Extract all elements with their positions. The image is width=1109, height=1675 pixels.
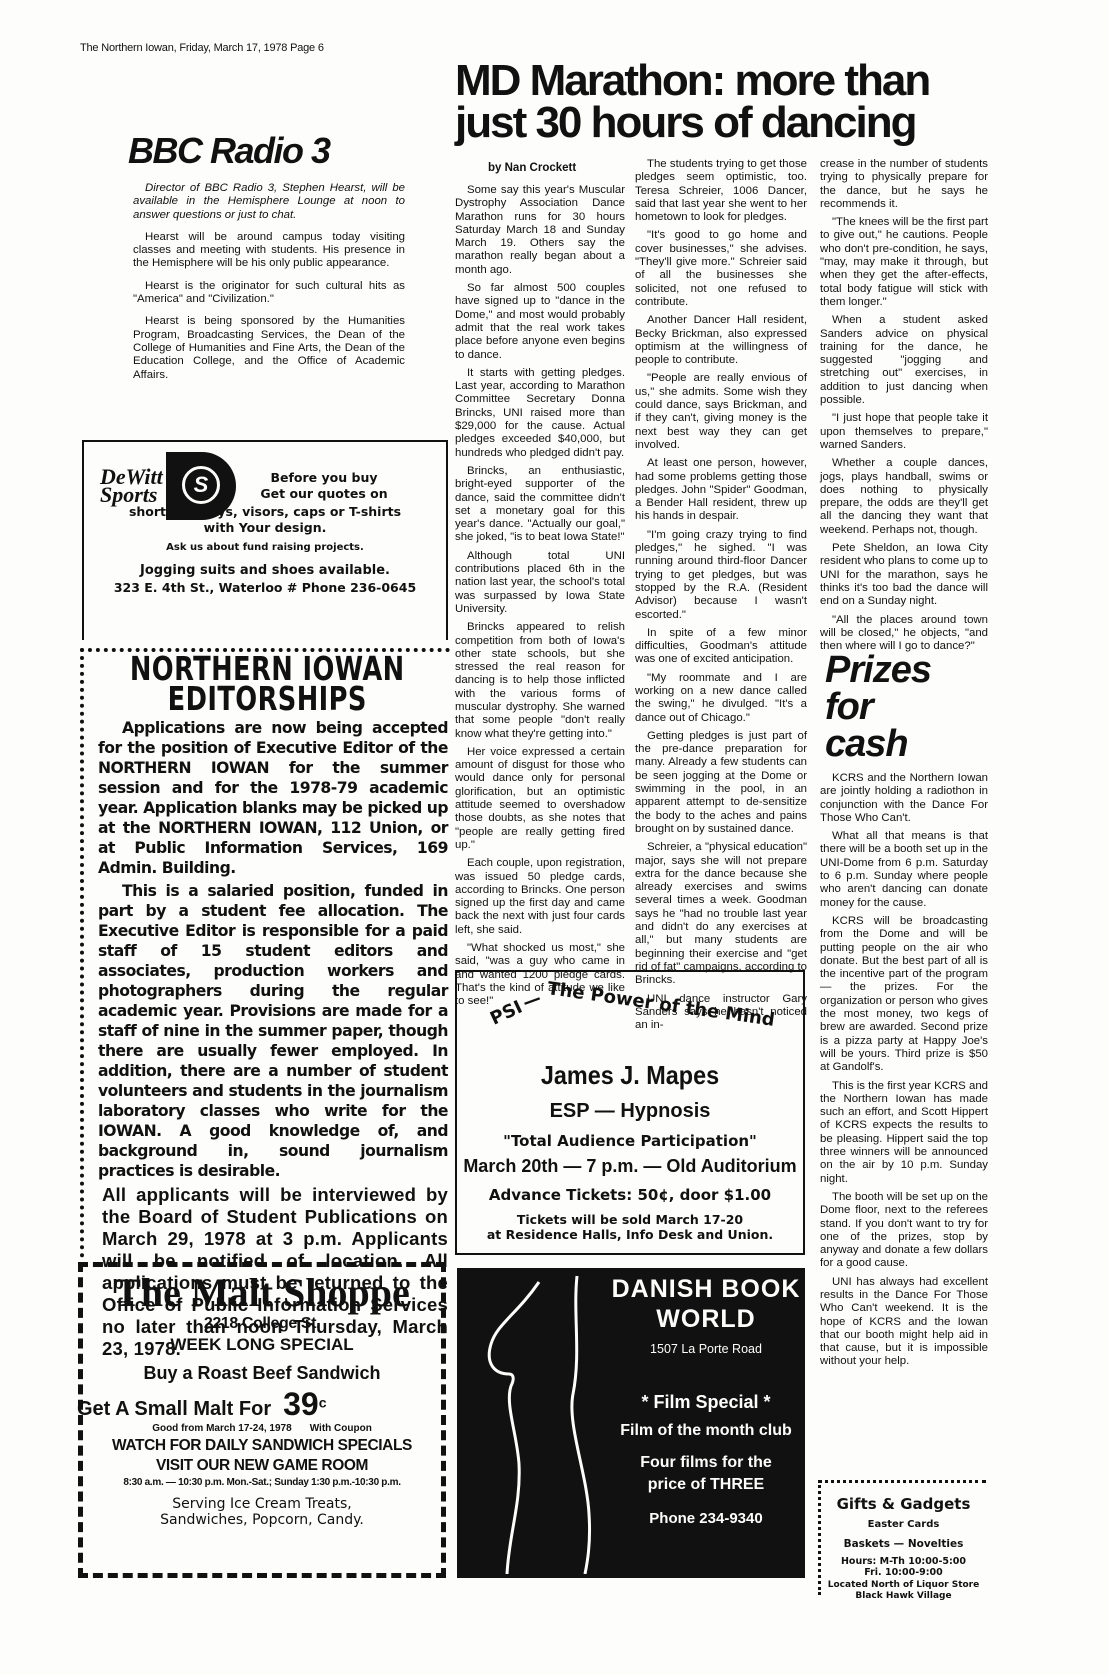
editorships-ad: NORTHERN IOWAN EDITORSHIPS Applications …	[80, 648, 450, 1258]
danish-phone: Phone 234-9340	[607, 1510, 805, 1527]
psi-performer: James J. Mapes	[474, 1060, 785, 1091]
prizes-paragraph: UNI has always had excellent results in …	[820, 1276, 988, 1369]
gifts-location: Located North of Liquor Store Black Hawk…	[821, 1580, 986, 1602]
article-paragraph: Brincks appeared to relish competition f…	[455, 621, 625, 741]
danish-title: DANISH BOOK WORLD	[607, 1274, 805, 1334]
article-paragraph: Another Dancer Hall resident, Becky Bric…	[635, 314, 807, 367]
article-paragraph: Whether a couple dances, jogs, plays han…	[820, 457, 988, 537]
article-paragraph: So far almost 500 couples have signed up…	[455, 282, 625, 362]
dewitt-line: Jogging suits and shoes available.	[84, 562, 446, 580]
byline: by Nan Crockett	[488, 162, 576, 174]
danish-club: Film of the month club	[607, 1422, 805, 1440]
dewitt-line: Get our quotes on	[204, 486, 444, 501]
malt-offer: Get A Small Malt For39c	[77, 1386, 441, 1423]
prizes-paragraph: The booth will be set up on the Dome flo…	[820, 1191, 988, 1271]
dewitt-line: Before you buy	[204, 470, 444, 486]
article-paragraph: "I'm going crazy trying to find pledges,…	[635, 529, 807, 622]
prizes-headline: Prizes for cash	[825, 652, 931, 763]
article-column-1: Some say this year's Muscular Dystrophy …	[455, 184, 625, 1014]
dewitt-sports-ad: S DeWitt Sports Before you buy Get our q…	[82, 440, 448, 640]
title-line-2: EDITORSHIPS	[84, 684, 449, 714]
psi-word: PSI	[487, 997, 526, 1030]
location-line-1: Located North of Liquor Store	[828, 1580, 979, 1590]
dewitt-logo-text: DeWitt Sports	[100, 468, 163, 504]
psi-sold: Tickets will be sold March 17-20 at Resi…	[457, 1212, 803, 1242]
malt-shoppe-ad: The Malt Shoppe 2218 College St. WEEK LO…	[78, 1262, 446, 1578]
gifts-line: Baskets — Novelties	[821, 1538, 986, 1550]
prizes-title-line: for	[825, 689, 931, 726]
editorships-body: Applications are now being accepted for …	[84, 714, 450, 1181]
article-paragraph: Pete Sheldon, an Iowa City resident who …	[820, 542, 988, 608]
psi-date: March 20th — 7 p.m. — Old Auditorium	[457, 1156, 803, 1177]
danish-address: 1507 La Porte Road	[607, 1342, 805, 1356]
prizes-paragraph: KCRS and the Northern Iowan are jointly …	[820, 772, 988, 825]
danish-film-special: * Film Special *	[607, 1392, 805, 1413]
serving-line-2: Sandwiches, Popcorn, Candy.	[83, 1512, 441, 1528]
location-line-2: Black Hawk Village	[855, 1591, 951, 1601]
dewitt-address: 323 E. 4th St., Waterloo # Phone 236-064…	[84, 580, 446, 595]
serving-line-1: Serving Ice Cream Treats,	[83, 1496, 441, 1512]
prizes-paragraph: This is the first year KCRS and the Nort…	[820, 1080, 988, 1186]
prizes-title-line: cash	[825, 726, 931, 763]
article-column-2: The students trying to get those pledges…	[635, 158, 807, 1037]
headline-line-1: MD Marathon: more than	[455, 60, 929, 102]
valid-dates: Good from March 17-24, 1978	[152, 1423, 292, 1434]
psi-arc-heading: PSI — The Power of the Mind	[457, 990, 803, 1011]
bbc-paragraph: Hearst will be around campus today visit…	[133, 231, 405, 271]
page-folio: The Northern Iowan, Friday, March 17, 19…	[80, 42, 324, 54]
prizes-title-line: Prizes	[825, 652, 931, 689]
malt-offer-text: Get A Small Malt For	[77, 1398, 271, 1420]
gifts-hours: Hours: M-Th 10:00-5:00 Fri. 10:00-9:00	[821, 1556, 986, 1578]
article-paragraph: Getting pledges is just part of the pre-…	[635, 730, 807, 836]
gifts-line: Easter Cards	[821, 1519, 986, 1530]
psi-tickets: Advance Tickets: 50¢, door $1.00	[457, 1186, 803, 1204]
bbc-headline: BBC Radio 3	[128, 130, 330, 172]
bbc-article: Director of BBC Radio 3, Stephen Hearst,…	[133, 182, 405, 391]
article-paragraph: Although total UNI contributions placed …	[455, 550, 625, 616]
article-paragraph: "It's good to go home and cover business…	[635, 229, 807, 309]
offer-line-1: Four films for the	[640, 1454, 772, 1471]
malt-price: 39	[283, 1386, 319, 1422]
article-paragraph: When a student asked Sanders advice on p…	[820, 314, 988, 407]
prizes-paragraph: What all that means is that there will b…	[820, 830, 988, 910]
article-paragraph: crease in the number of students trying …	[820, 158, 988, 211]
dewitt-line: shorts, jerseys, visors, caps or T-shirt…	[84, 504, 446, 520]
danish-book-world-ad: DANISH BOOK WORLD 1507 La Porte Road * F…	[457, 1268, 805, 1578]
danish-offer: Four films for the price of THREE	[607, 1452, 805, 1496]
article-paragraph: It starts with getting pledges. Last yea…	[455, 367, 625, 460]
dewitt-line: Ask us about fund raising projects.	[84, 542, 446, 553]
malt-buy: Buy a Roast Beef Sandwich	[83, 1363, 441, 1384]
article-headline: MD Marathon: more than just 30 hours of …	[455, 60, 929, 144]
article-paragraph: "People are really envious of us," she a…	[635, 372, 807, 452]
psi-arc-text: The Power of the Mind	[546, 978, 776, 1031]
article-paragraph: Each couple, upon registration, was issu…	[455, 857, 625, 937]
bbc-paragraph: Hearst is the originator for such cultur…	[133, 280, 405, 307]
prizes-paragraph: KCRS will be broadcasting from the Dome …	[820, 915, 988, 1075]
article-paragraph: In spite of a few minor difficulties, Go…	[635, 627, 807, 667]
malt-hours: 8:30 a.m. — 10:30 p.m. Mon.-Sat.; Sunday…	[83, 1477, 441, 1488]
prizes-article: KCRS and the Northern Iowan are jointly …	[820, 772, 988, 1374]
psi-dash: —	[520, 988, 544, 1014]
article-paragraph: Her voice expressed a certain amount of …	[455, 746, 625, 852]
editorships-title: NORTHERN IOWAN EDITORSHIPS	[84, 654, 449, 714]
editorships-paragraph: This is a salaried position, funded in p…	[98, 881, 448, 1181]
silhouette-icon	[477, 1274, 597, 1574]
article-paragraph: "I just hope that people take it upon th…	[820, 412, 988, 452]
coupon-note: With Coupon	[310, 1423, 372, 1434]
article-paragraph: "My roommate and I are working on a new …	[635, 672, 807, 725]
malt-watch: WATCH FOR DAILY SANDWICH SPECIALS	[83, 1438, 441, 1454]
article-paragraph: "The knees will be the first part to giv…	[820, 216, 988, 309]
headline-line-2: just 30 hours of dancing	[455, 102, 929, 144]
gifts-gadgets-ad: Gifts & Gadgets Easter Cards Baskets — N…	[818, 1480, 986, 1595]
article-paragraph: Brincks, an enthusiastic, bright-eyed su…	[455, 465, 625, 545]
bbc-paragraph: Hearst is being sponsored by the Humanit…	[133, 315, 405, 381]
danish-title-line: WORLD	[656, 1305, 755, 1333]
sold-line-2: at Residence Halls, Info Desk and Union.	[487, 1227, 773, 1242]
bbc-paragraph: Director of BBC Radio 3, Stephen Hearst,…	[133, 182, 405, 222]
malt-serving: Serving Ice Cream Treats, Sandwiches, Po…	[83, 1496, 441, 1528]
gifts-title: Gifts & Gadgets	[821, 1495, 986, 1513]
article-paragraph: At least one person, however, had some p…	[635, 457, 807, 523]
article-paragraph: The students trying to get those pledges…	[635, 158, 807, 224]
editorships-paragraph: Applications are now being accepted for …	[98, 718, 448, 878]
psi-mapes-ad: PSI — The Power of the Mind James J. Map…	[455, 970, 805, 1255]
dewitt-line: with Your design.	[84, 520, 446, 535]
malt-address: 2218 College St.	[83, 1315, 441, 1333]
malt-title: The Malt Shoppe	[83, 1271, 441, 1315]
psi-tagline: "Total Audience Participation"	[457, 1132, 803, 1150]
malt-special: WEEK LONG SPECIAL	[83, 1335, 441, 1355]
psi-subtitle: ESP — Hypnosis	[457, 1100, 803, 1123]
article-paragraph: "All the places around town will be clos…	[820, 614, 988, 654]
cents-symbol: c	[319, 1394, 327, 1410]
danish-title-line: DANISH BOOK	[612, 1275, 801, 1303]
malt-valid: Good from March 17-24, 1978With Coupon	[83, 1423, 441, 1434]
article-paragraph: Schreier, a "physical education" major, …	[635, 841, 807, 987]
hours-line-2: Fri. 10:00-9:00	[864, 1567, 943, 1578]
offer-line-2: price of THREE	[648, 1476, 764, 1493]
article-paragraph: Some say this year's Muscular Dystrophy …	[455, 184, 625, 277]
malt-visit: VISIT OUR NEW GAME ROOM	[83, 1458, 441, 1474]
article-column-3: crease in the number of students trying …	[820, 158, 988, 658]
hours-line-1: Hours: M-Th 10:00-5:00	[841, 1556, 966, 1567]
sold-line-1: Tickets will be sold March 17-20	[517, 1212, 743, 1227]
